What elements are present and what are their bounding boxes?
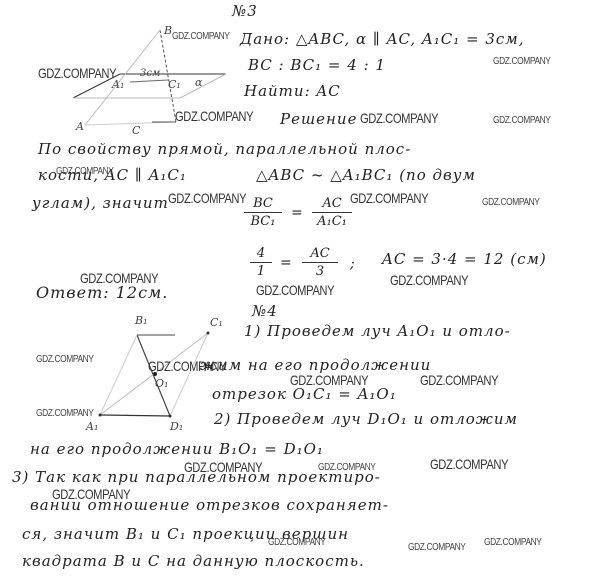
problem-number-3: №3 [232, 2, 258, 20]
label-length: 3см [140, 68, 160, 79]
watermark: GDZ.COMPANY [148, 358, 226, 374]
watermark: GDZ.COMPANY [36, 353, 94, 365]
watermark: GDZ.COMPANY [38, 65, 116, 81]
watermark: GDZ.COMPANY [175, 108, 253, 124]
watermark: GDZ.COMPANY [168, 190, 246, 206]
label-c: C [132, 124, 140, 137]
fraction-bc-bc1: BC BC₁ [244, 196, 282, 229]
watermark: GDZ.COMPANY [390, 272, 468, 288]
watermark: GDZ.COMPANY [493, 55, 551, 67]
watermark: GDZ.COMPANY [52, 486, 130, 502]
watermark: GDZ.COMPANY [268, 536, 326, 548]
watermark: GDZ.COMPANY [360, 110, 438, 126]
solution-line-1: По свойству прямой, параллельной плос- [38, 140, 411, 158]
watermark: GDZ.COMPANY [256, 282, 334, 298]
step3-line-4: квадрата B и C на данную плоскость. [22, 552, 365, 570]
label-alpha: α [195, 76, 202, 89]
watermark: GDZ.COMPANY [484, 536, 542, 548]
watermark: GDZ.COMPANY [482, 196, 540, 208]
watermark: GDZ.COMPANY [290, 372, 368, 388]
equals-sign-2: = [280, 255, 293, 271]
label-c1: C₁ [168, 78, 181, 91]
result-line: AC = 3·4 = 12 (см) [382, 250, 547, 268]
solution-line-3: углам), значит [32, 194, 169, 212]
watermark: GDZ.COMPANY [408, 541, 466, 553]
label-a: A [76, 120, 84, 133]
label-a1-4: A₁ [86, 420, 98, 433]
given-line-1: Дано: △ABC, α ∥ AC, A₁C₁ = 3см, [240, 30, 525, 48]
watermark: GDZ.COMPANY [318, 461, 376, 473]
watermark: GDZ.COMPANY [493, 114, 551, 126]
watermark: GDZ.COMPANY [350, 190, 428, 206]
find-line: Найти: AC [244, 82, 341, 100]
watermark: GDZ.COMPANY [172, 30, 230, 42]
separator: ; [350, 256, 356, 272]
step2-line-1: 2) Проведем луч D₁O₁ и отложим [214, 410, 518, 428]
watermark: GDZ.COMPANY [430, 456, 508, 472]
label-b1: B₁ [135, 314, 148, 327]
given-line-2: BC : BC₁ = 4 : 1 [248, 56, 386, 74]
label-o1: O₁ [155, 377, 168, 390]
watermark: GDZ.COMPANY [36, 407, 94, 419]
label-c1-4: C₁ [210, 316, 223, 329]
watermark: GDZ.COMPANY [80, 270, 158, 286]
problem-number-4: №4 [252, 302, 278, 320]
watermark: GDZ.COMPANY [420, 372, 498, 388]
label-b: B [164, 24, 172, 37]
watermark: GDZ.COMPANY [56, 165, 114, 177]
label-d1: D₁ [170, 420, 183, 433]
fraction-ac-3: AC 3 [302, 246, 338, 279]
solution-title: Решение [280, 110, 357, 128]
watermark: GDZ.COMPANY [184, 459, 262, 475]
fraction-4-1: 4 1 [250, 246, 272, 279]
step1-line-1: 1) Проведем луч A₁O₁ и отло- [244, 322, 511, 340]
solution-line-2b: △ABC ~ △A₁BC₁ (по двум [256, 166, 476, 184]
equals-sign: = [291, 205, 304, 221]
step2-line-2: на его продолжении B₁O₁ = D₁O₁ [30, 440, 324, 458]
fraction-ac-a1c1: AC A₁C₁ [312, 196, 352, 229]
